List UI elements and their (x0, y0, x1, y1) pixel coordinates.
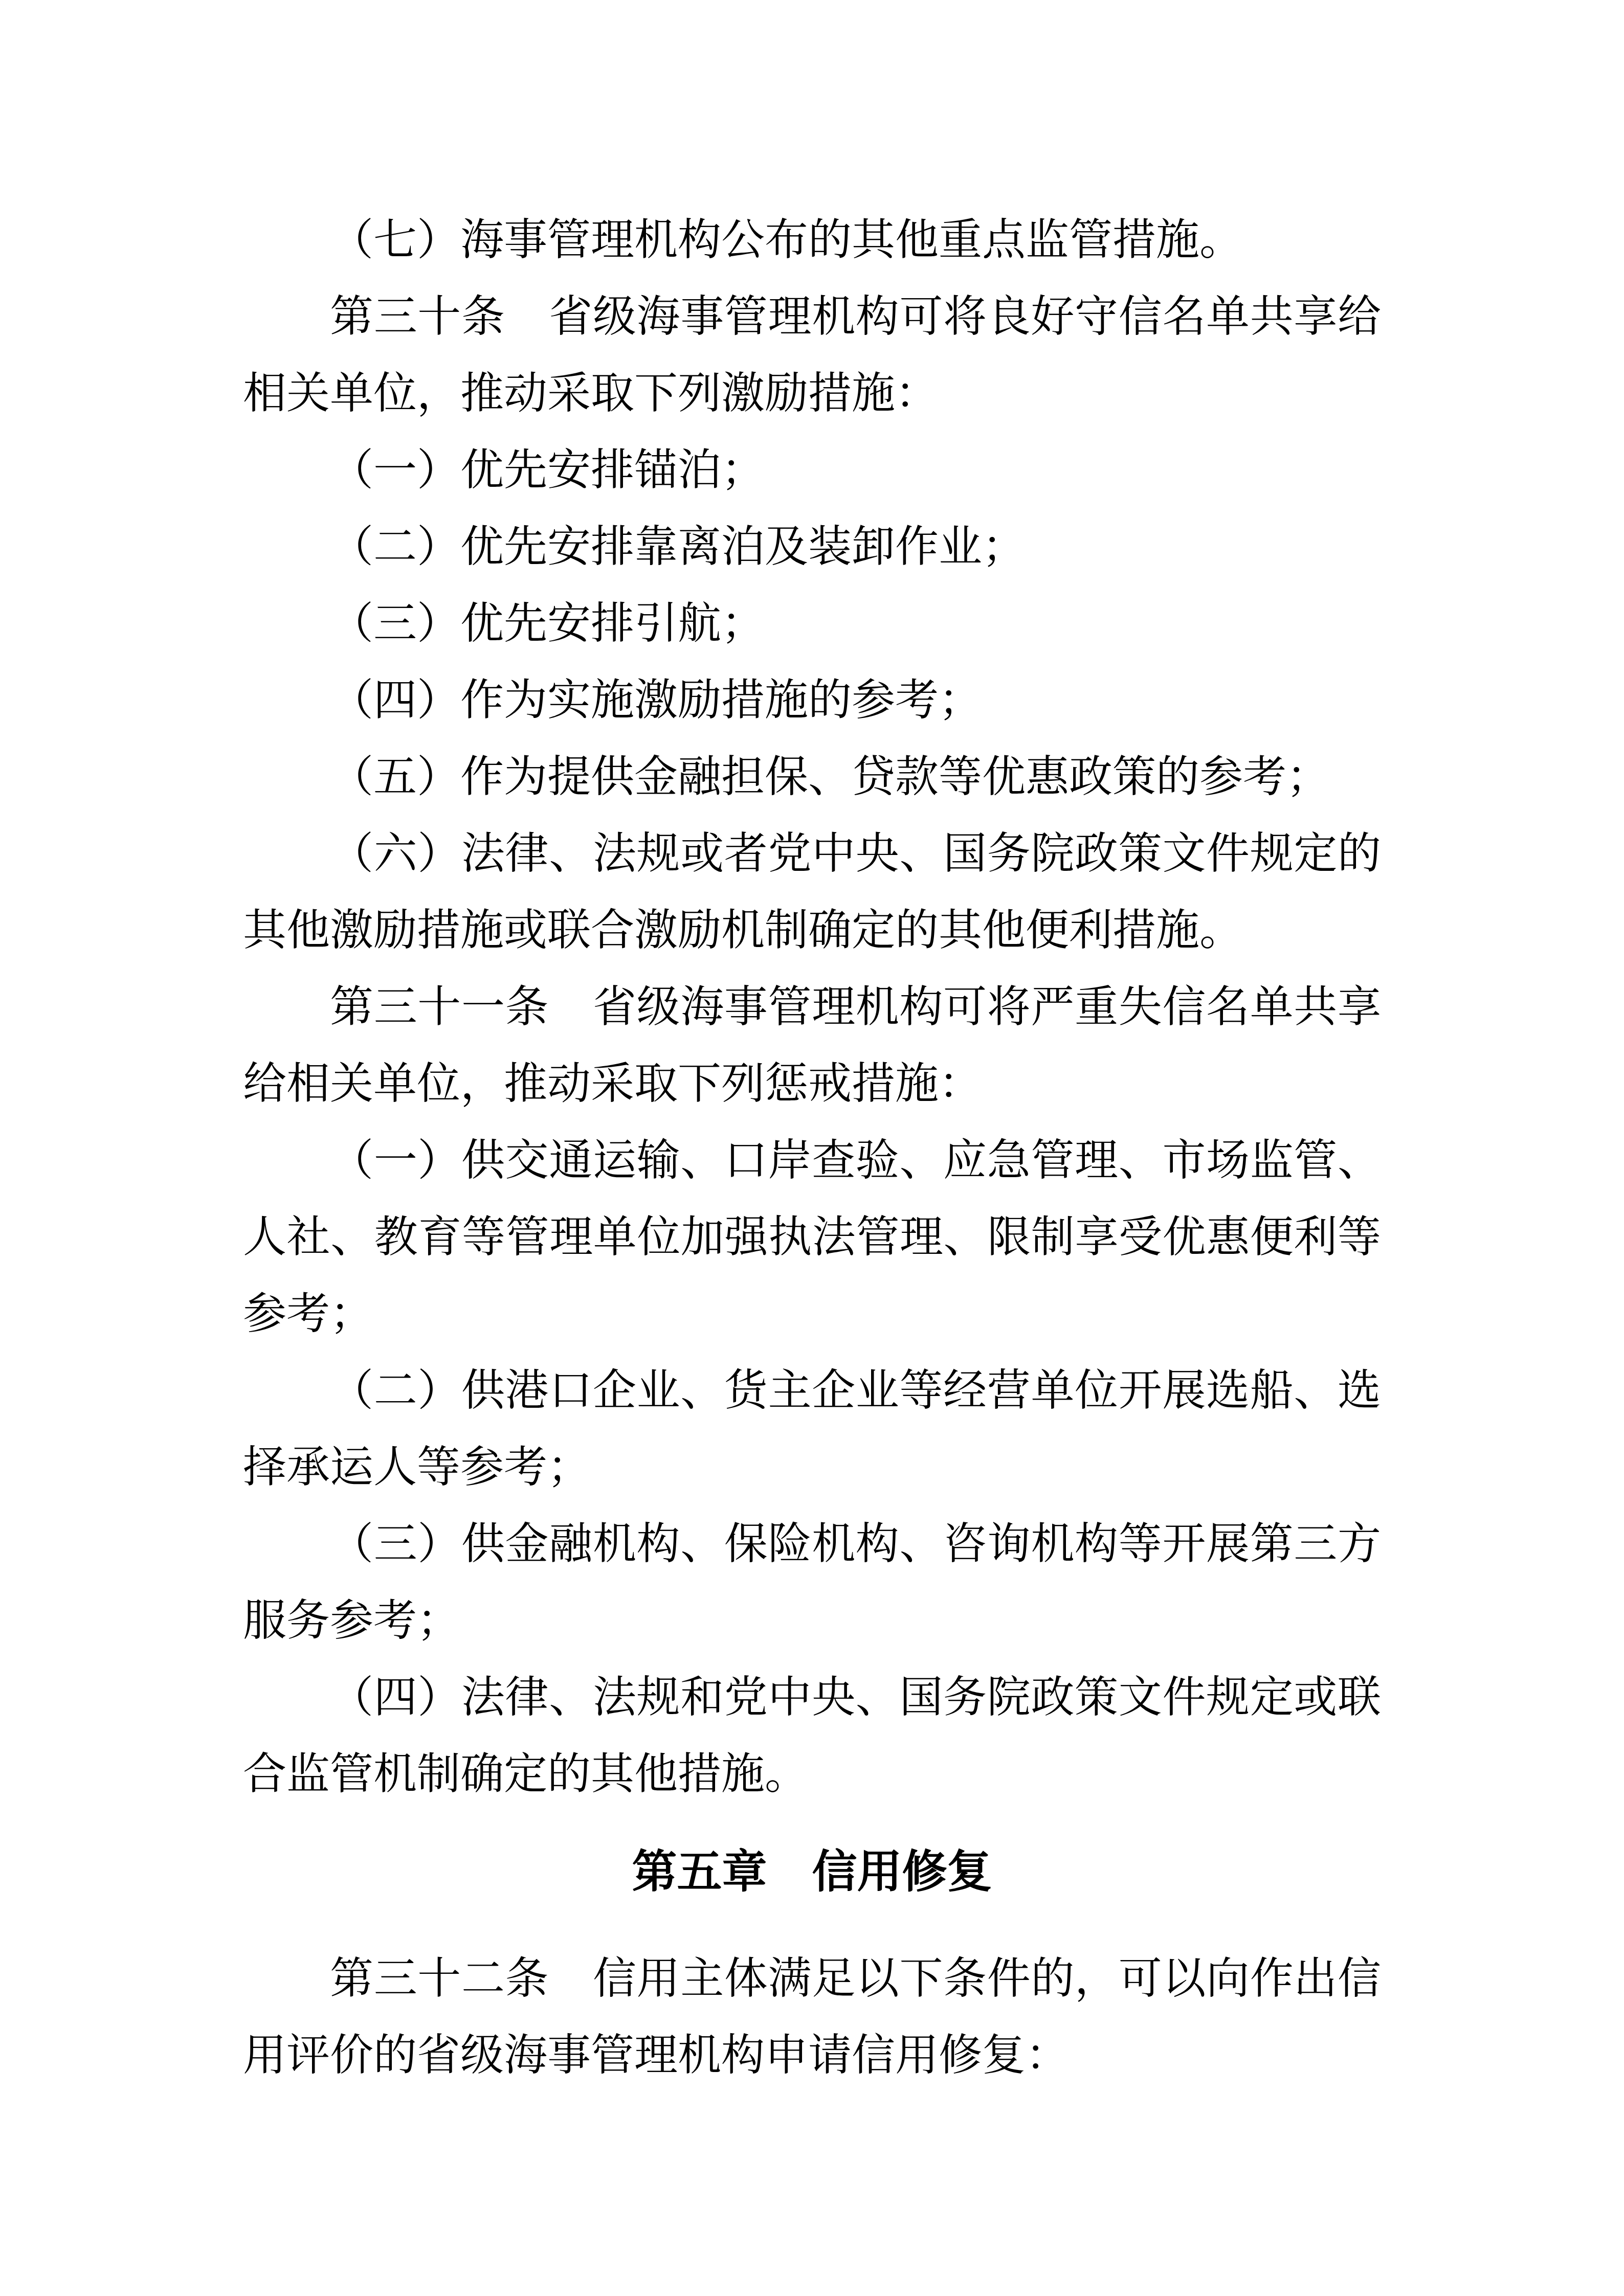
paragraph: （三）供金融机构、保险机构、咨询机构等开展第三方服务参考； (243, 1506, 1381, 1659)
paragraph: （二）供港口企业、货主企业等经营单位开展选船、选择承运人等参考； (243, 1353, 1381, 1506)
paragraph: （六）法律、法规或者党中央、国务院政策文件规定的其他激励措施或联合激励机制确定的… (243, 816, 1381, 969)
document-content: （七）海事管理机构公布的其他重点监管措施。第三十条 省级海事管理机构可将良好守信… (243, 202, 1381, 2094)
paragraph: （三）优先安排引航； (243, 586, 1381, 662)
paragraph: （一）优先安排锚泊； (243, 432, 1381, 509)
paragraph: （五）作为提供金融担保、贷款等优惠政策的参考； (243, 739, 1381, 816)
paragraph: 第三十条 省级海事管理机构可将良好守信名单共享给相关单位，推动采取下列激励措施： (243, 279, 1381, 432)
paragraph: 第三十二条 信用主体满足以下条件的，可以向作出信用评价的省级海事管理机构申请信用… (243, 1941, 1381, 2094)
paragraph: 第三十一条 省级海事管理机构可将严重失信名单共享给相关单位，推动采取下列惩戒措施… (243, 969, 1381, 1122)
chapter-heading: 第五章 信用修复 (243, 1833, 1381, 1910)
paragraph: （二）优先安排靠离泊及装卸作业； (243, 509, 1381, 586)
paragraph: （七）海事管理机构公布的其他重点监管措施。 (243, 202, 1381, 279)
paragraph: （四）法律、法规和党中央、国务院政策文件规定或联合监管机制确定的其他措施。 (243, 1659, 1381, 1813)
document-page: （七）海事管理机构公布的其他重点监管措施。第三十条 省级海事管理机构可将良好守信… (0, 0, 1624, 2296)
paragraph: （四）作为实施激励措施的参考； (243, 662, 1381, 739)
paragraph: （一）供交通运输、口岸查验、应急管理、市场监管、人社、教育等管理单位加强执法管理… (243, 1122, 1381, 1353)
